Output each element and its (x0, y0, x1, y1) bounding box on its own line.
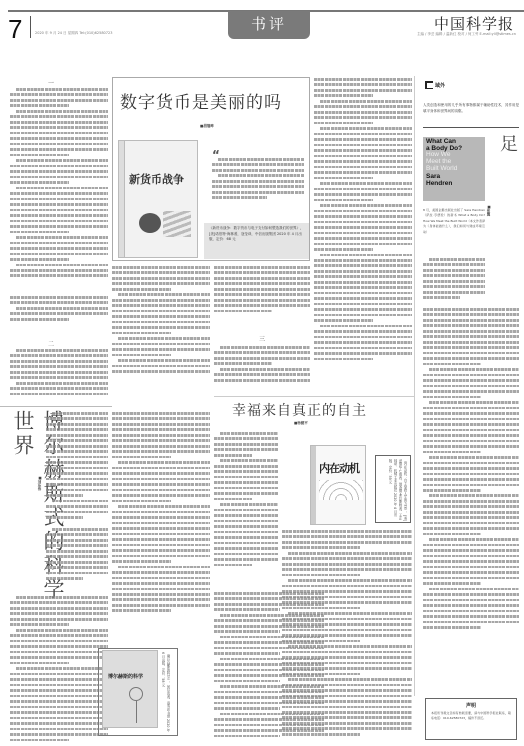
design-column-body-2 (423, 308, 519, 688)
section-rule (0, 406, 112, 407)
notice-box: 声明 本报所刊载文章如有转载需要，请与中国科学报社联系，联系电话：010-625… (425, 698, 517, 740)
column-label-box-icon (425, 81, 433, 89)
coin-graphic (139, 213, 161, 233)
article-headline-happiness: 幸福来自真正的自主 (232, 400, 367, 420)
section-marker-three: 三 (259, 334, 265, 343)
book-caption-new-currency-war: 《新货币战争：数字货币与电子支付如何塑造我们的世界》，[美]诺伯特·海林著，寇莹… (204, 223, 309, 259)
dateline: 2020 年 9 月 24 日 星期四 Tel:(010)62580723 (35, 31, 112, 36)
happiness-top-rule (214, 396, 414, 397)
book-cover-borges: 博尔赫斯的科学 (102, 650, 158, 728)
article-column-3 (214, 266, 310, 328)
book-title: 新货币战争 (129, 171, 184, 187)
notice-title: 声明 (426, 702, 516, 709)
borges-book-caption: 《博尔赫斯的科学》，何尔恩著，商务印书馆 2020 年 6 月出版，定价：58 … (160, 652, 170, 732)
happiness-column-1 (214, 432, 278, 587)
byline-happiness: ■杨健平 (294, 421, 308, 426)
intrinsic-book-title: 内在动机 (319, 460, 359, 476)
borges-column-2 (112, 412, 210, 637)
arc-pattern (319, 480, 363, 500)
section-tab: 书评 (228, 11, 310, 39)
book-spine (311, 446, 316, 524)
article-column-2 (112, 266, 210, 390)
notice-text: 本报所刊载文章如有转载需要，请与中国科学报社联系，联系电话：010-625807… (426, 709, 516, 723)
article-column-1 (10, 88, 108, 293)
pullquote (212, 158, 304, 210)
article-column-1b (10, 296, 108, 340)
cover-author-2: Hendren (426, 181, 482, 188)
article-column-3b (214, 346, 310, 391)
intrinsic-caption: 《内在动机：自主掌控人生的力量》，[美]爱德华·L·德西、理查德·弗拉斯特著，王… (387, 459, 407, 521)
column-label: 域外 (435, 82, 445, 89)
byline-digital-currency: ■胡继晔 (200, 124, 214, 129)
design-cover-caption: 8 月，美国企鹅出版社出版了 Sara Hendren（萨拉·亨德伦）的新书 W… (423, 208, 485, 235)
banknotes-graphic (163, 211, 191, 237)
design-column-body (423, 258, 485, 308)
book-cover-what-can-a-body-do: What Can a Body Do? How We Meet the Buil… (423, 137, 485, 201)
borges-column-1b (46, 528, 108, 590)
intro-rule (423, 127, 519, 128)
article-column-1c (10, 349, 108, 404)
article-headline-design: 让设计弥补身体的不足 (494, 134, 524, 314)
book-cover-new-currency-war: 新货币战争 (118, 140, 198, 258)
borges-column-1c (10, 596, 108, 744)
borges-book-title: 博尔赫斯的科学 (108, 673, 143, 680)
staff-line: 主编 / 李芸 编辑 / 温新红 校对 / 何工劳 E-mail:yli@sti… (417, 32, 516, 37)
article-column-4 (314, 78, 412, 390)
happiness-column-2 (282, 530, 412, 744)
design-intro: 人类创造和使用的几乎所有事物都属于辅助性技术，其作用是填平身体和世界间的沟壑。 (423, 102, 519, 114)
intrinsic-caption-box: 《内在动机：自主掌控人生的力量》，[美]爱德华·L·德西、理查德·弗拉斯特著，王… (375, 455, 411, 523)
article-headline-digital-currency: 数字货币是美丽的吗 (120, 88, 282, 113)
byline-borges: ■刘东伟 (38, 476, 43, 491)
page-number: 7 (8, 16, 22, 42)
section-marker-two: 二 (48, 339, 54, 348)
section-marker-one: 一 (48, 78, 54, 87)
book-spine (119, 141, 125, 257)
cover-line-5: Built World (426, 166, 482, 173)
book-cover-intrinsic-motivation: 内在动机 (310, 445, 366, 525)
masthead: 中国科学报 (434, 13, 514, 34)
byline-design: ■张翼 (487, 205, 492, 216)
flower-stem (136, 701, 137, 723)
flower-illustration (129, 687, 143, 701)
page-number-divider (30, 16, 31, 38)
borges-column-1a (46, 412, 108, 526)
column-divider (414, 76, 415, 696)
